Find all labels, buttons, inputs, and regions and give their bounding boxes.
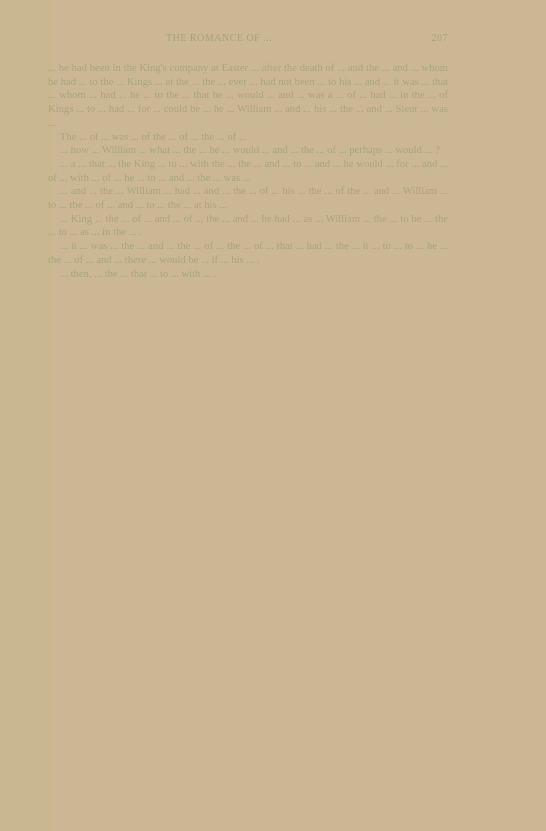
paragraph: ... he had been in the King's company at… — [48, 62, 448, 131]
book-page: THE ROMANCE OF ... 207 ... he had been i… — [0, 0, 546, 831]
paragraph: ... a ... that ... the King ... to ... w… — [48, 158, 448, 185]
paragraph: ... it ... was ... the ... and ... the .… — [48, 240, 448, 267]
paragraph: ... and ... the ... William ... had ... … — [48, 185, 448, 212]
body-text: ... he had been in the King's company at… — [48, 62, 448, 281]
paragraph: ... how ... William ... what ... the ...… — [48, 144, 448, 158]
page-edge-shadow — [0, 0, 52, 831]
page-number: 207 — [432, 33, 449, 44]
paragraph: ... then, ... the ... that ... to ... wi… — [48, 268, 448, 282]
paragraph: ... King ... the ... of ... and ... of .… — [48, 213, 448, 240]
running-title: THE ROMANCE OF ... — [166, 33, 272, 44]
running-header: THE ROMANCE OF ... 207 — [48, 33, 448, 47]
paragraph: The ... of ... was ... of the ... of ...… — [48, 131, 448, 145]
